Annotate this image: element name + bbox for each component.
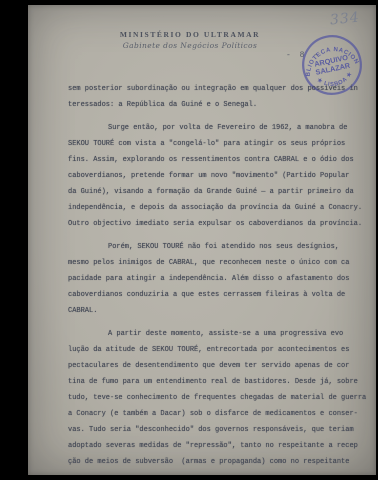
- paragraph: A partir deste momento, assiste-se a uma…: [68, 326, 368, 470]
- typewritten-line: pacidade para atingir a independência. A…: [68, 271, 368, 287]
- typewritten-line: ção de meios de subversão (armas e propa…: [68, 454, 368, 470]
- document-body: sem posterior subordinação ou integração…: [68, 81, 368, 477]
- typewritten-line: CABRAL.: [68, 303, 368, 319]
- typewritten-line: Surge então, por volta de Fevereiro de 1…: [68, 120, 368, 136]
- paragraph: Surge então, por volta de Fevereiro de 1…: [68, 120, 368, 232]
- ministry-title: MINISTÉRIO DO ULTRAMAR: [90, 30, 290, 39]
- typewritten-line: sem posterior subordinação ou integração…: [68, 81, 368, 97]
- department-subtitle: Gabinete dos Negócios Políticos: [90, 41, 290, 50]
- typewritten-line: fins. Assim, explorando os ressentimento…: [68, 152, 368, 168]
- typewritten-line: Outro objectivo imediato seria expulsar …: [68, 216, 368, 232]
- typewritten-line: mesmo pelos inimigos de CABRAL, que reco…: [68, 255, 368, 271]
- typewritten-line: adoptado severas medidas de "repressão",…: [68, 438, 368, 454]
- typewritten-line: pectaculares de desentendimento que deve…: [68, 358, 368, 374]
- typewritten-line: teressados: a República da Guiné e o Sen…: [68, 97, 368, 113]
- typewritten-line: caboverdianos conduziria a que estes cer…: [68, 287, 368, 303]
- typewritten-line: tina de fumo para um entendimento real d…: [68, 374, 368, 390]
- paragraph: sem posterior subordinação ou integração…: [68, 81, 368, 113]
- typewritten-line: Porém, SEKOU TOURÉ não foi atendido nos …: [68, 239, 368, 255]
- typewritten-line: lução da atitude de SEKOU TOURÉ, entreco…: [68, 342, 368, 358]
- letterhead: MINISTÉRIO DO ULTRAMAR Gabinete dos Negó…: [90, 30, 290, 50]
- document-page: 334 MINISTÉRIO DO ULTRAMAR Gabinete dos …: [28, 5, 376, 475]
- paragraph: Porém, SEKOU TOURÉ não foi atendido nos …: [68, 239, 368, 319]
- typewritten-line: SEKOU TOURÉ com vista a "congelá-lo" par…: [68, 136, 368, 152]
- typewritten-line: da Guiné), visando a formação da Grande …: [68, 184, 368, 200]
- handwritten-folio-number: 334: [330, 9, 361, 28]
- typewritten-line: tudo, teve-se conhecimento de frequentes…: [68, 390, 368, 406]
- typewritten-line: a Conacry (e também a Dacar) sob o disfa…: [68, 406, 368, 422]
- typewritten-line: caboverdianos, pretende formar um novo "…: [68, 168, 368, 184]
- typewritten-line: independência, e depois da associação da…: [68, 200, 368, 216]
- typewritten-line: vas. Tudo seria "desconhecido" dos gover…: [68, 422, 368, 438]
- typewritten-line: A partir deste momento, assiste-se a uma…: [68, 326, 368, 342]
